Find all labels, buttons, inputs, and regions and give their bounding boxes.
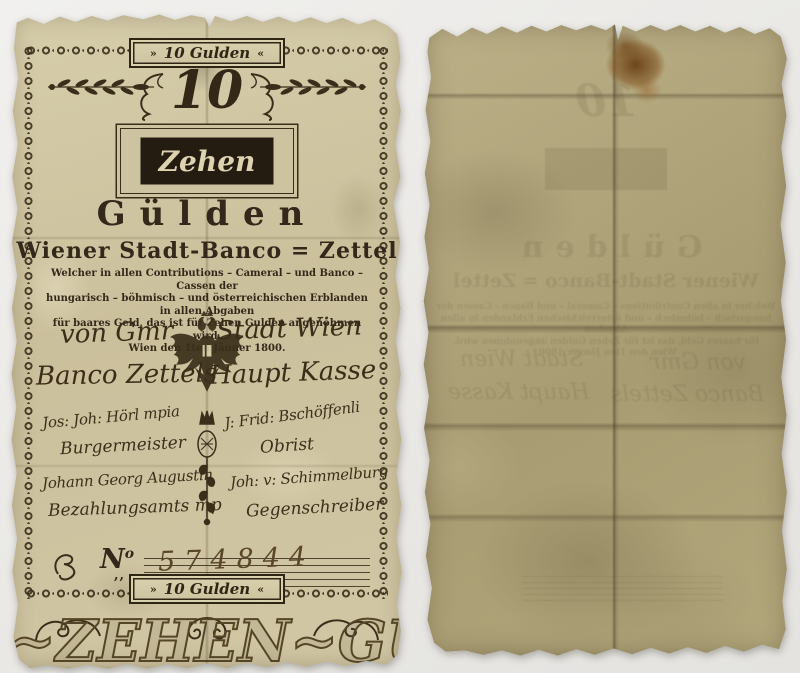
banner-arrow-left-icon: » (150, 48, 157, 59)
laurel-sprig-right-icon (258, 78, 368, 96)
ornamental-border-right (377, 44, 390, 600)
photo-background: » 10 Gulden « 10 (0, 0, 800, 673)
signature-2-name: J: Frid: Bschöffenli (223, 398, 360, 432)
signature-4-title: Gegenschreiber (246, 494, 384, 521)
bottom-large-denomination-text: ~ZEHEN~GULD~ (8, 608, 406, 673)
serial-number: 574844 (158, 541, 316, 577)
banknote-front-paper: » 10 Gulden « 10 (8, 12, 406, 670)
ornamental-border-left (22, 44, 35, 600)
showthrough-script-von: von Gmr (650, 350, 746, 375)
signature-4-name: Joh: v: Schimmelburg (230, 463, 389, 492)
showthrough-numeral: 10 (420, 76, 792, 127)
paraph-icon (52, 550, 82, 582)
bottom-banner-label: 10 Gulden (164, 580, 250, 598)
crown-pillar-icon (191, 408, 223, 526)
double-eagle-icon (163, 310, 251, 396)
signature-1-name: Jos: Joh: Hörl mpia (41, 402, 180, 432)
back-showthrough: 10 Gülden Wiener Stadt-Banco = Zettel We… (420, 20, 792, 658)
zehen-plaque: Zehen (139, 136, 275, 186)
zehen-plaque-frame: Zehen (120, 128, 294, 194)
showthrough-script-kasse: Haupt Kasse (448, 380, 590, 405)
issuer-script-von: von Gmr (60, 316, 174, 350)
bottom-denomination-banner: » 10 Gulden « (129, 574, 285, 604)
decree-line-1: Welcher in allen Contributions – Cameral… (42, 268, 372, 293)
note-title: Wiener Stadt-Banco = Zettel (8, 238, 406, 264)
banner-arrow-right-icon: « (257, 48, 264, 59)
showthrough-script-banco: Banco Zettels (611, 382, 764, 407)
showthrough-staff-lines (522, 576, 722, 602)
signature-2-title: Obrist (259, 434, 314, 458)
serial-prefix-o: o (125, 546, 134, 562)
showthrough-gulden: Gülden (420, 230, 792, 265)
showthrough-decree-line-2: hungarisch – böhmisch – und österreichis… (420, 314, 792, 337)
banknote-back-paper: 10 Gülden Wiener Stadt-Banco = Zettel We… (420, 20, 792, 658)
banknote-back: 10 Gülden Wiener Stadt-Banco = Zettel We… (420, 20, 792, 658)
banner-arrow-left-icon: » (150, 584, 157, 595)
serial-prefix-marks: ,, (114, 568, 125, 583)
showthrough-plaque (545, 148, 667, 190)
signature-3-name: Johann Georg Augustin (42, 466, 214, 493)
denomination-numeral: 10 (171, 64, 243, 119)
signature-1-title: Burgermeister (60, 433, 187, 460)
showthrough-title: Wiener Stadt-Banco = Zettel (420, 270, 792, 292)
banknote-front: » 10 Gulden « 10 (8, 12, 406, 670)
banner-arrow-right-icon: « (257, 584, 264, 595)
denomination-word: Gülden (8, 194, 406, 234)
laurel-sprig-left-icon (46, 78, 156, 96)
showthrough-decree-line-1: Welcher in allen Contributions – Cameral… (420, 302, 792, 314)
showthrough-script-stadt-wien: Stadt Wien (460, 347, 583, 372)
